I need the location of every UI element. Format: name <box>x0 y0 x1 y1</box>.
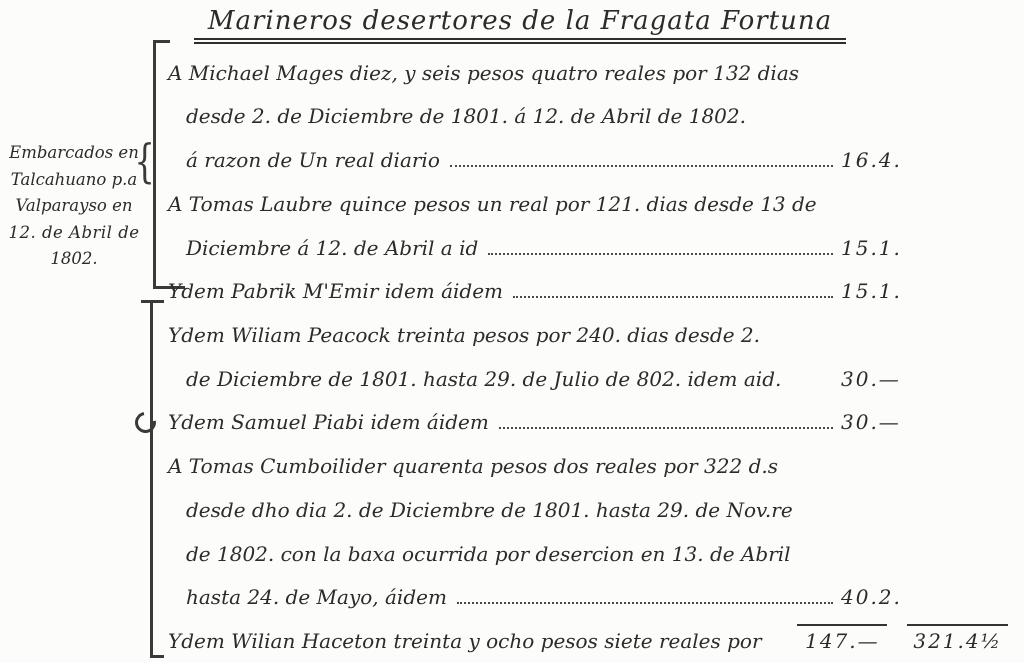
margin-line: 12. de Abril de <box>4 220 144 247</box>
manuscript-line: de Diciembre de 1801. hasta 29. de Julio… <box>168 354 1008 398</box>
line-text: Ydem Wilian Haceton treinta y ocho pesos… <box>168 629 762 653</box>
amount-value: 16.4. <box>841 148 1008 172</box>
total-amount: 321.4½ <box>907 624 1008 653</box>
manuscript-line: desde 2. de Diciembre de 1801. á 12. de … <box>168 92 1008 136</box>
dotted-leader <box>513 296 833 298</box>
line-text: Ydem Wiliam Peacock treinta pesos por 24… <box>168 323 760 347</box>
amount-value: 15.1. <box>841 236 1008 260</box>
group-bracket-bottom <box>150 300 153 658</box>
line-text: A Tomas Laubre quince pesos un real por … <box>168 192 817 216</box>
margin-line: Valparayso en <box>4 193 144 220</box>
line-text: de Diciembre de 1801. hasta 29. de Julio… <box>168 367 781 391</box>
manuscript-line: Ydem Wiliam Peacock treinta pesos por 24… <box>168 310 1008 354</box>
dotted-leader <box>450 165 833 167</box>
margin-brace-icon: { <box>134 138 154 184</box>
dotted-leader <box>488 253 833 255</box>
manuscript-line: Ydem Wilian Haceton treinta y ocho pesos… <box>168 616 1008 660</box>
page-title-wrap: Marineros desertores de la Fragata Fortu… <box>150 6 890 44</box>
line-text: desde 2. de Diciembre de 1801. á 12. de … <box>168 104 746 128</box>
page-title: Marineros desertores de la Fragata Fortu… <box>194 6 846 44</box>
manuscript-line: A Michael Mages diez, y seis pesos quatr… <box>168 48 1008 92</box>
line-text: Ydem Samuel Piabi idem áidem <box>168 410 489 434</box>
line-text: Ydem Pabrik M'Emir idem áidem <box>168 279 503 303</box>
margin-line: 1802. <box>4 246 144 273</box>
margin-line: Embarcados en <box>4 140 144 167</box>
manuscript-line: á razon de Un real diario 16.4. <box>168 135 1008 179</box>
manuscript-line: A Tomas Laubre quince pesos un real por … <box>168 179 1008 223</box>
manuscript-line: Diciembre á 12. de Abril a id 15.1. <box>168 223 1008 267</box>
bracket-flourish-icon <box>131 408 160 437</box>
line-text: Diciembre á 12. de Abril a id <box>168 236 478 260</box>
manuscript-line: Ydem Pabrik M'Emir idem áidem 15.1. <box>168 267 1008 311</box>
dotted-leader <box>499 427 833 429</box>
line-text: á razon de Un real diario <box>168 148 440 172</box>
margin-line: Talcahuano p.a <box>4 167 144 194</box>
line-text: desde dho dia 2. de Diciembre de 1801. h… <box>168 498 793 522</box>
group-bracket-top <box>153 40 156 289</box>
margin-annotation: Embarcados en Talcahuano p.a Valparayso … <box>4 140 144 273</box>
amount-value: 30.— <box>841 367 1008 391</box>
totals-block: 147.— 321.4½ <box>797 624 1008 653</box>
line-text: de 1802. con la baxa ocurrida por deserc… <box>168 542 791 566</box>
line-text: A Michael Mages diez, y seis pesos quatr… <box>168 61 799 85</box>
manuscript-line: de 1802. con la baxa ocurrida por deserc… <box>168 529 1008 573</box>
manuscript-page: Marineros desertores de la Fragata Fortu… <box>0 0 1024 663</box>
manuscript-line: Ydem Samuel Piabi idem áidem 30.— <box>168 398 1008 442</box>
amount-value: 30.— <box>841 410 1008 434</box>
manuscript-line: A Tomas Cumboilider quarenta pesos dos r… <box>168 441 1008 485</box>
line-text: hasta 24. de Mayo, áidem <box>168 585 447 609</box>
amount-value: 40.2. <box>841 585 1008 609</box>
total-days: 147.— <box>797 624 887 653</box>
entry-rows: A Michael Mages diez, y seis pesos quatr… <box>168 48 1008 660</box>
dotted-leader <box>457 602 833 604</box>
manuscript-line: desde dho dia 2. de Diciembre de 1801. h… <box>168 485 1008 529</box>
manuscript-line: hasta 24. de Mayo, áidem 40.2. <box>168 573 1008 617</box>
line-text: A Tomas Cumboilider quarenta pesos dos r… <box>168 454 778 478</box>
amount-value: 15.1. <box>841 279 1008 303</box>
